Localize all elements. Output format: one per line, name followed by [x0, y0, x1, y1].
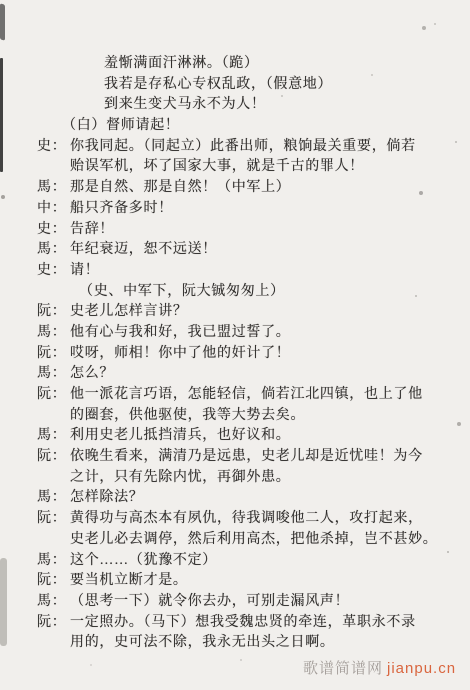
- line-text: （史、中军下，阮大铖匆匆上）: [79, 284, 285, 299]
- speaker-label: 史：: [37, 261, 66, 282]
- dialogue-line: 馬：利用史老儿抵挡清兵，也好议和。: [0, 426, 470, 447]
- verse-line: 羞惭满面汗淋淋。（跪）: [0, 54, 470, 75]
- line-text: 到来生变犬马永不为人！: [104, 97, 266, 112]
- line-text: 船只齐备多时！: [70, 201, 173, 216]
- continuation-line: 史老儿必去调停，然后利用高杰，把他杀掉，岂不甚妙。: [0, 530, 470, 551]
- dialogue-line: 阮：一定照办。（马下）想我受魏忠贤的牵连，革职永不录: [0, 613, 470, 634]
- line-text: 你我同起。（同起立）此番出师，粮饷最关重要，倘若: [70, 139, 416, 154]
- dialogue-line: 阮：黄得功与高杰本有夙仇，待我调唆他二人，攻打起来，: [0, 509, 470, 530]
- line-text: 告辞！: [70, 222, 114, 237]
- dialogue-line: 阮：他一派花言巧语，怎能轻信，倘若江北四镇，也上了他: [0, 385, 470, 406]
- dialogue-line: 馬：怎么？: [0, 364, 470, 385]
- speaker-label: 馬：: [37, 551, 66, 572]
- scanned-script-page: 羞惭满面汗淋淋。（跪） 我若是存私心专权乱政，（假意地） 到来生变犬马永不为人！…: [0, 0, 470, 690]
- line-text: 的圈套，供他驱使，我等大势去矣。: [70, 408, 305, 423]
- dialogue-line: 史：你我同起。（同起立）此番出师，粮饷最关重要，倘若: [0, 137, 470, 158]
- speaker-label: 阮：: [37, 447, 66, 468]
- line-text: （思考一下）就令你去办，可别走漏风声！: [70, 594, 349, 609]
- verse-line: 到来生变犬马永不为人！: [0, 95, 470, 116]
- continuation-line: 之计，只有先除内忧，再御外患。: [0, 468, 470, 489]
- speaker-label: 馬：: [37, 592, 66, 613]
- dialogue-line: 阮：哎呀，师相！你中了他的奸计了！: [0, 344, 470, 365]
- dialogue-line: 馬：这个……（犹豫不定）: [0, 551, 470, 572]
- speaker-label: 阮：: [37, 509, 66, 530]
- line-text: 用的，史可法不除，我永无出头之日啊。: [70, 635, 335, 650]
- speaker-label: 馬：: [37, 323, 66, 344]
- stage-direction-line: （史、中军下，阮大铖匆匆上）: [0, 282, 470, 303]
- line-text: 史老儿必去调停，然后利用高杰，把他杀掉，岂不甚妙。: [70, 532, 438, 547]
- line-text: 他有心与我和好，我已盟过誓了。: [70, 325, 291, 340]
- line-text: 年纪衰迈，恕不远送！: [70, 242, 217, 257]
- dialogue-line: 阮：史老儿怎样言讲？: [0, 302, 470, 323]
- speaker-label: 史：: [37, 220, 66, 241]
- dialogue-line: 馬：（思考一下）就令你去办，可别走漏风声！: [0, 592, 470, 613]
- speaker-label: 阮：: [37, 302, 66, 323]
- speaker-label: 阮：: [37, 385, 66, 406]
- continuation-line: 贻误军机，坏了国家大事，就是千古的罪人！: [0, 157, 470, 178]
- speaker-label: 馬：: [37, 488, 66, 509]
- dialogue-line: 阮：要当机立断才是。: [0, 571, 470, 592]
- line-text: 怎么？: [70, 366, 114, 381]
- line-text: 他一派花言巧语，怎能轻信，倘若江北四镇，也上了他: [70, 387, 423, 402]
- dialogue-line: 馬：怎样除法？: [0, 488, 470, 509]
- watermark-url: jianpu.cn: [387, 660, 456, 677]
- line-text: 我若是存私心专权乱政，（假意地）: [104, 77, 332, 92]
- dialogue-line: 馬：年纪衰迈，恕不远送！: [0, 240, 470, 261]
- dialogue-line: 馬：那是自然、那是自然！（中军上）: [0, 178, 470, 199]
- line-text: 那是自然、那是自然！（中军上）: [70, 180, 291, 195]
- speaker-label: 阮：: [37, 344, 66, 365]
- line-text: 这个……（犹豫不定）: [70, 553, 217, 568]
- line-text: 怎样除法？: [70, 490, 144, 505]
- speaker-label: 中：: [37, 199, 66, 220]
- line-text: 羞惭满面汗淋淋。（跪）: [104, 56, 259, 71]
- line-text: 史老儿怎样言讲？: [70, 304, 188, 319]
- dialogue-line: 史：请！: [0, 261, 470, 282]
- script-text-block: 羞惭满面汗淋淋。（跪） 我若是存私心专权乱政，（假意地） 到来生变犬马永不为人！…: [0, 54, 470, 654]
- line-text: 利用史老儿抵挡清兵，也好议和。: [70, 428, 291, 443]
- speaker-label: 史：: [37, 137, 66, 158]
- scan-noise-specks: [0, 0, 2, 2]
- watermark-site-name: 歌谱简谱网: [303, 661, 383, 677]
- line-text: 依晚生看来，满清乃是远患，史老儿却是近忧哇！为今: [70, 449, 423, 464]
- dialogue-line: 史：告辞！: [0, 220, 470, 241]
- dialogue-line: 阮：依晚生看来，满清乃是远患，史老儿却是近忧哇！为今: [0, 447, 470, 468]
- line-text: 要当机立断才是。: [70, 573, 188, 588]
- speaker-label: 馬：: [37, 240, 66, 261]
- line-text: 黄得功与高杰本有夙仇，待我调唆他二人，攻打起来，: [70, 511, 423, 526]
- scan-edge-artifact-top: [0, 3, 5, 41]
- speaker-label: 馬：: [37, 426, 66, 447]
- verse-line: 我若是存私心专权乱政，（假意地）: [0, 75, 470, 96]
- continuation-line: 用的，史可法不除，我永无出头之日啊。: [0, 633, 470, 654]
- aside-line: （白）督师请起！: [0, 116, 470, 137]
- line-text: 之计，只有先除内忧，再御外患。: [70, 470, 291, 485]
- line-text: 哎呀，师相！你中了他的奸计了！: [70, 346, 291, 361]
- dialogue-line: 中：船只齐备多时！: [0, 199, 470, 220]
- watermark: 歌谱简谱网jianpu.cn: [303, 657, 456, 678]
- line-text: 请！: [70, 263, 99, 278]
- line-text: 一定照办。（马下）想我受魏忠贤的牵连，革职永不录: [70, 615, 416, 630]
- dialogue-line: 馬：他有心与我和好，我已盟过誓了。: [0, 323, 470, 344]
- speaker-label: 馬：: [37, 178, 66, 199]
- line-text: （白）督师请起！: [62, 118, 180, 133]
- continuation-line: 的圈套，供他驱使，我等大势去矣。: [0, 406, 470, 427]
- line-text: 贻误军机，坏了国家大事，就是千古的罪人！: [70, 159, 364, 174]
- speaker-label: 阮：: [37, 613, 66, 634]
- speaker-label: 阮：: [37, 571, 66, 592]
- speaker-label: 馬：: [37, 364, 66, 385]
